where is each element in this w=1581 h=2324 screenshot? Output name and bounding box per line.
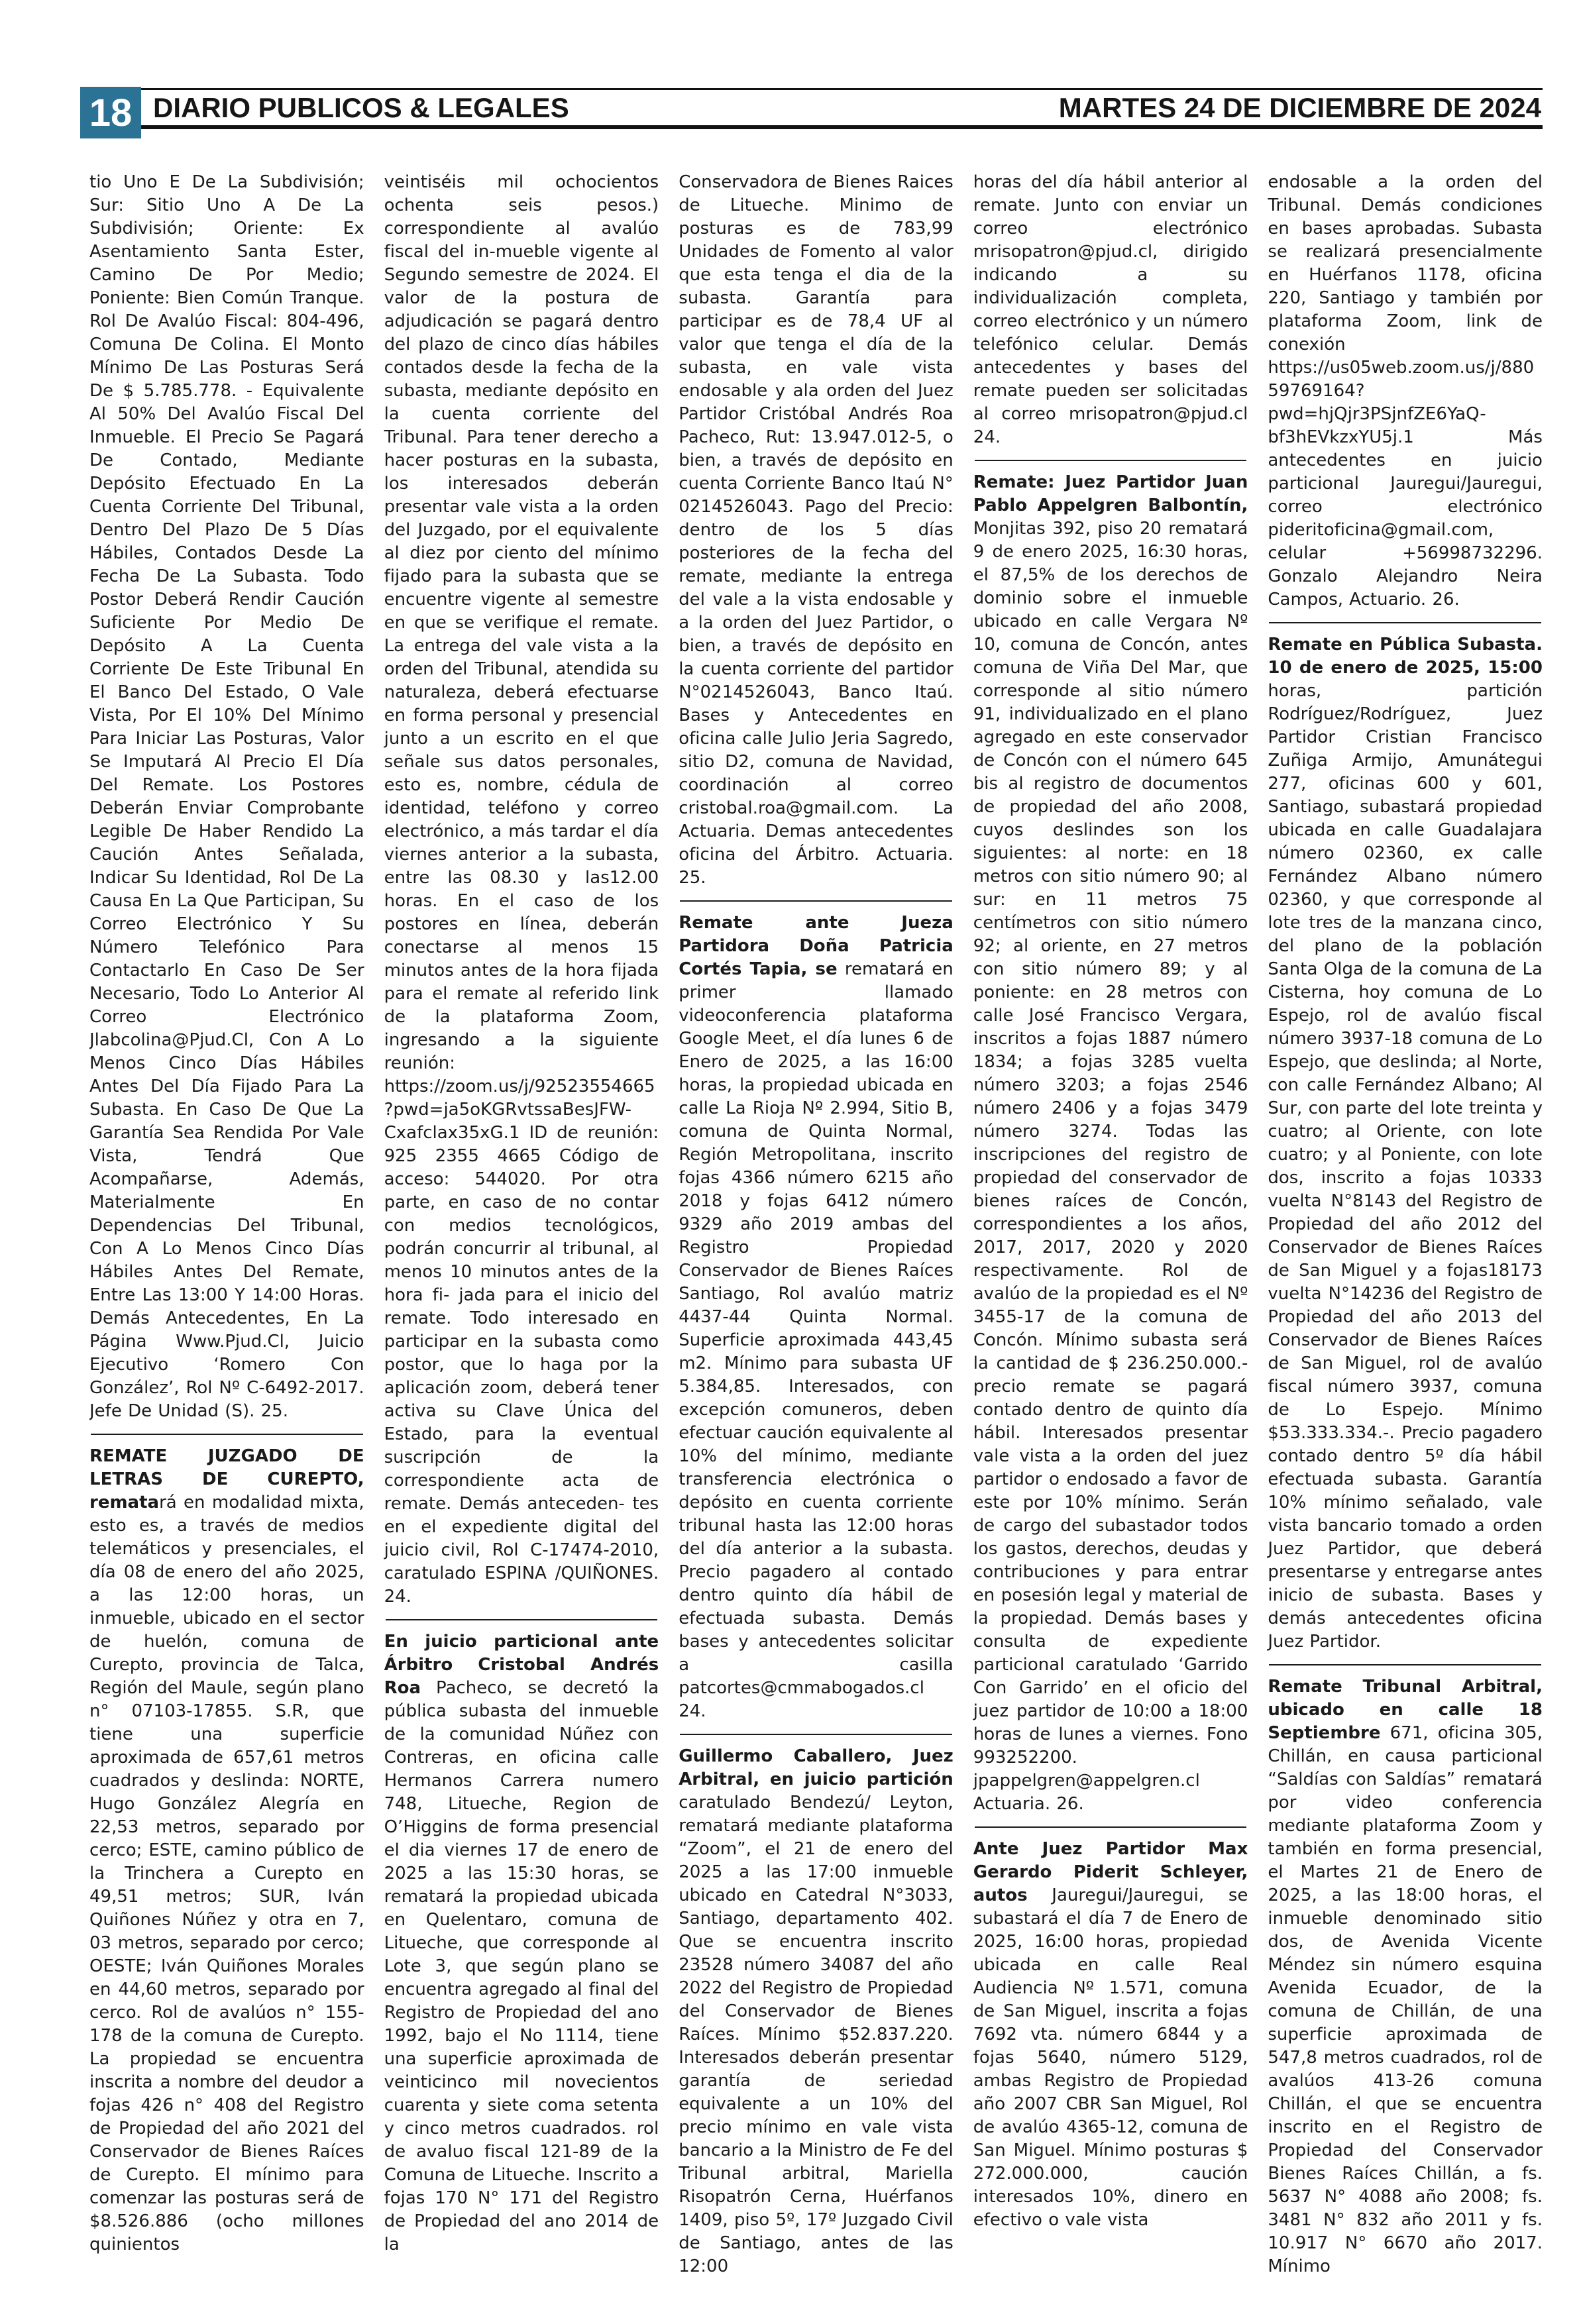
legal-notice-text: endosable a la orden del Tribunal. Demás… (1268, 171, 1543, 611)
legal-notice-text: tio Uno E De La Subdivisión; Sur: Sitio … (89, 171, 364, 1423)
notice-divider (680, 900, 952, 902)
notice-heading: Remate Tribunal Arbitral, ubicado en cal… (1268, 1677, 1543, 1743)
notice-divider (1269, 1664, 1541, 1665)
legal-notice-text: Remate en Pública Subasta. 10 de enero d… (1268, 633, 1543, 1654)
column-3: Conservadora de Bienes Raices de Lituech… (679, 171, 954, 2284)
notice-divider (386, 1619, 658, 1620)
notice-divider (91, 1434, 363, 1435)
page-number-box: 18 (80, 87, 141, 138)
newspaper-page: 18 DIARIO PUBLICOS & LEGALES MARTES 24 D… (0, 0, 1581, 2324)
legal-notice-text: Guillermo Caballero, Juez Arbitral, en j… (679, 1745, 954, 2278)
legal-notice-text: Remate: Juez Partidor Juan Pablo Appelgr… (973, 471, 1248, 1816)
column-5: endosable a la orden del Tribunal. Demás… (1268, 171, 1543, 2284)
masthead: 18 DIARIO PUBLICOS & LEGALES MARTES 24 D… (89, 88, 1543, 129)
edition-date: MARTES 24 DE DICIEMBRE DE 2024 (1059, 92, 1541, 124)
notice-heading: En juicio particional ante Árbitro Crist… (384, 1632, 659, 1698)
page-number: 18 (89, 91, 133, 135)
notice-heading: Ante Juez Partidor Max Gerardo Piderit S… (973, 1839, 1248, 1905)
notice-divider (975, 1826, 1247, 1828)
legal-notice-text: Ante Juez Partidor Max Gerardo Piderit S… (973, 1838, 1248, 2232)
notice-divider (975, 460, 1247, 461)
notice-heading: Remate ante Jueza Partidora Doña Patrici… (679, 913, 954, 979)
legal-notices-columns: tio Uno E De La Subdivisión; Sur: Sitio … (89, 171, 1543, 2284)
notice-heading: REMATE JUZGADO DE LETRAS DE CUREPTO, rem… (89, 1446, 364, 1512)
column-4: horas del día hábil anterior al remate. … (973, 171, 1248, 2284)
legal-notice-text: veintiséis mil ochocientos ochenta seis … (384, 171, 659, 1609)
column-1: tio Uno E De La Subdivisión; Sur: Sitio … (89, 171, 364, 2284)
legal-notice-text: REMATE JUZGADO DE LETRAS DE CUREPTO, rem… (89, 1445, 364, 2256)
newspaper-title: DIARIO PUBLICOS & LEGALES (153, 92, 569, 124)
notice-divider (680, 1734, 952, 1735)
legal-notice-text: horas del día hábil anterior al remate. … (973, 171, 1248, 449)
notice-heading: Remate en Pública Subasta. 10 de enero d… (1268, 635, 1543, 678)
legal-notice-text: En juicio particional ante Árbitro Crist… (384, 1630, 659, 2256)
legal-notice-text: Remate ante Jueza Partidora Doña Patrici… (679, 912, 954, 1723)
notice-divider (1269, 622, 1541, 623)
notice-heading: Guillermo Caballero, Juez Arbitral, en j… (679, 1746, 954, 1789)
notice-heading: Remate: Juez Partidor Juan Pablo Appelgr… (973, 472, 1248, 515)
legal-notice-text: Remate Tribunal Arbitral, ubicado en cal… (1268, 1675, 1543, 2278)
legal-notice-text: Conservadora de Bienes Raices de Lituech… (679, 171, 954, 890)
column-2: veintiséis mil ochocientos ochenta seis … (384, 171, 659, 2284)
